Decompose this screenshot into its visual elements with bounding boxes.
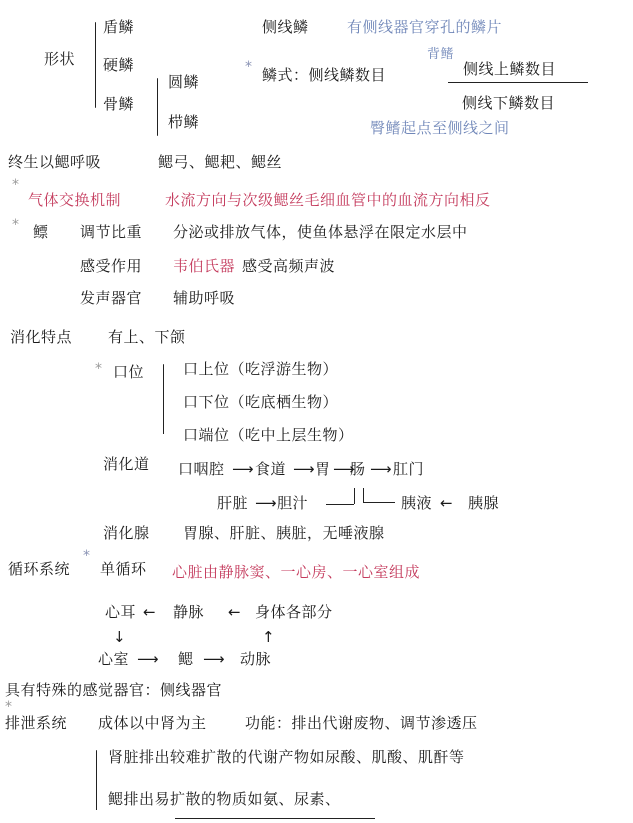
bone-subtype-2: 栉鳞 (168, 115, 199, 130)
numerator-note: 背鳍 (427, 48, 454, 61)
node-gill: 鳃 (178, 652, 194, 667)
circulation-type: 单循环 (100, 562, 147, 577)
star-mark-6: * (5, 700, 12, 714)
liver: 肝脏 (217, 496, 248, 511)
heart-description: 心脏由静脉窦、一心房、一心室组成 (172, 565, 420, 580)
arrow-up: ↑ (262, 630, 275, 645)
arrow-left: ← (143, 605, 156, 620)
scale-formula-label: 鳞式：侧线鳞数目 (262, 68, 386, 83)
star-mark-2: * (12, 178, 19, 192)
arrow-right: ⟶ (203, 652, 225, 667)
respiration-label: 终生以鳃呼吸 (8, 155, 101, 170)
star-mark-1: * (245, 60, 252, 74)
node-ventricle: 心室 (98, 652, 129, 667)
star-mark-3: * (12, 218, 19, 232)
denominator-note: 臀鳍起点至侧线之间 (370, 121, 510, 136)
bile-connector (326, 504, 354, 505)
tract-node-3: 胃 (315, 462, 331, 477)
bladder-desc-3: 辅助呼吸 (173, 291, 235, 306)
tract-node-1: 口咽腔 (178, 462, 225, 477)
digestion-feature-label: 消化特点 (10, 330, 72, 345)
pancreatic-connector-up (363, 488, 364, 502)
node-artery: 动脉 (240, 652, 271, 667)
glands-value: 胃腺、肝脏、胰脏，无唾液腺 (183, 526, 385, 541)
shape-label: 形状 (44, 52, 75, 67)
formula-denominator: 侧线下鳞数目 (462, 96, 555, 111)
arrow-right: ⟶ (370, 462, 392, 477)
bladder-desc-2: 感受高频声波 (242, 259, 335, 274)
underline (175, 818, 375, 819)
excretion-function: 功能：排出代谢废物、调节渗透压 (245, 716, 478, 731)
bladder-function-2: 感受作用 (80, 259, 142, 274)
tract-node-5: 肛门 (393, 462, 424, 477)
bone-subtype-1: 圆鳞 (168, 75, 199, 90)
mouth-position-1: 口上位（吃浮游生物） (183, 362, 338, 377)
fraction-line (448, 82, 588, 83)
bile: 胆汁 (277, 496, 308, 511)
bladder-desc-1: 分泌或排放气体，使鱼体悬浮在限定水层中 (173, 225, 468, 240)
node-atrium: 心耳 (105, 605, 136, 620)
arrow-right: ⟶ (232, 462, 254, 477)
sense-organ: 具有特殊的感觉器官：侧线器官 (5, 683, 222, 698)
bladder-function-3: 发声器官 (80, 291, 142, 306)
mouth-label: 口位 (113, 365, 144, 380)
shape-brace (95, 22, 96, 108)
mouth-position-3: 口端位（吃中上层生物） (183, 428, 354, 443)
excretion-item-2: 鳃排出易扩散的物质如氨、尿素、 (108, 792, 341, 807)
excretion-main: 成体以中肾为主 (98, 716, 207, 731)
arrow-down: ↓ (113, 630, 126, 645)
tract-node-2: 食道 (255, 462, 286, 477)
tract-node-4: 肠 (350, 462, 366, 477)
star-mark-4: * (95, 362, 102, 376)
excretion-item-1: 肾脏排出较难扩散的代谢产物如尿酸、肌酸、肌酐等 (108, 750, 465, 765)
gas-exchange-value: 水流方向与次级鳃丝毛细血管中的血流方向相反 (165, 193, 491, 208)
scale-type-3: 骨鳞 (103, 97, 134, 112)
node-body: 身体各部分 (255, 605, 333, 620)
node-vein: 静脉 (173, 605, 204, 620)
mouth-brace (163, 364, 164, 434)
lateral-line-scale-def: 有侧线器官穿孔的鳞片 (347, 20, 502, 35)
excretion-label: 排泄系统 (5, 716, 67, 731)
pancreas: 胰腺 (468, 496, 499, 511)
arrow-right: ⟶ (293, 462, 315, 477)
bladder-function-1: 调节比重 (80, 225, 142, 240)
formula-numerator: 侧线上鳞数目 (463, 62, 556, 77)
pancreatic-juice: 胰液 (401, 496, 432, 511)
mouth-position-2: 口下位（吃底栖生物） (183, 395, 338, 410)
bile-connector-up (354, 488, 355, 504)
arrow-left: ← (440, 496, 453, 511)
pancreatic-connector (363, 502, 395, 503)
gas-exchange-label: 气体交换机制 (28, 193, 121, 208)
arrow-right: ⟶ (137, 652, 159, 667)
arrow-left: ← (228, 605, 241, 620)
gill-parts: 鳃弓、鳃耙、鳃丝 (158, 155, 282, 170)
weberian-apparatus: 韦伯氏器 (173, 259, 235, 274)
excretion-brace (96, 750, 97, 810)
digestion-feature-value: 有上、下颌 (108, 330, 186, 345)
scale-type-2: 硬鳞 (103, 58, 134, 73)
star-mark-5: * (83, 549, 90, 563)
bone-scale-brace (157, 78, 158, 136)
swim-bladder-label: 鳔 (33, 225, 49, 240)
lateral-line-scale-label: 侧线鳞 (262, 20, 309, 35)
tract-label: 消化道 (103, 457, 150, 472)
arrow-right: ⟶ (255, 496, 277, 511)
glands-label: 消化腺 (103, 526, 150, 541)
scale-type-1: 盾鳞 (103, 20, 134, 35)
circulation-label: 循环系统 (8, 562, 70, 577)
